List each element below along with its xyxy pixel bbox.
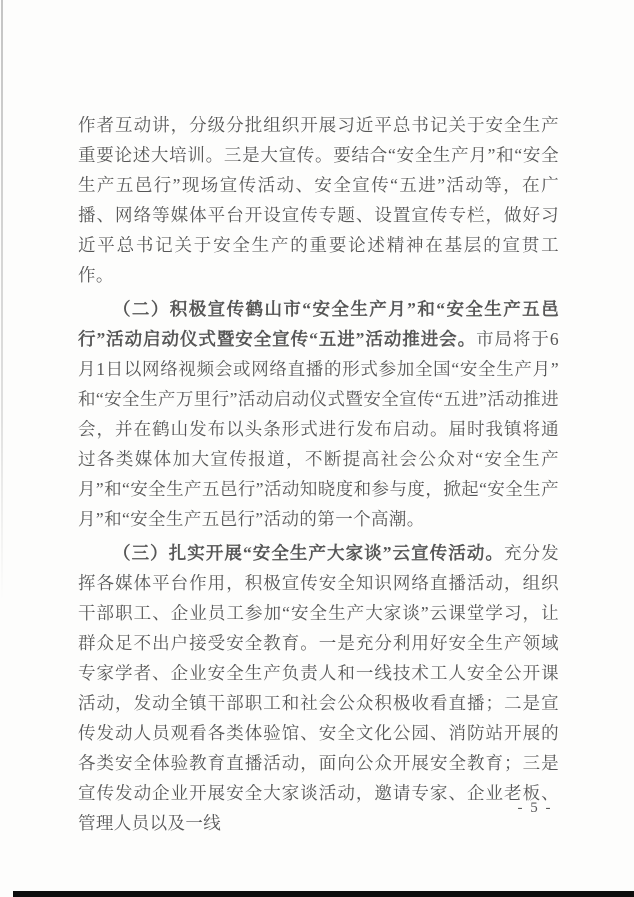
left-scan-artifact-line [1, 0, 3, 600]
paragraph-heading-text: （三）扎实开展“安全生产大家谈”云宣传活动。 [113, 543, 504, 563]
paragraph-body-text: 市局将于6月1日以网络视频会或网络直播的形式参加全国“安全生产月”和“安全生产万… [78, 329, 559, 529]
document-body: 作者互动讲，分级分批组织开展习近平总书记关于安全生产重要论述大培训。三是大宣传。… [78, 110, 559, 842]
paragraph: （三）扎实开展“安全生产大家谈”云宣传活动。充分发挥各媒体平台作用，积极宣传安全… [78, 538, 559, 838]
page-number: - 5 - [500, 800, 570, 817]
paragraph: 作者互动讲，分级分批组织开展习近平总书记关于安全生产重要论述大培训。三是大宣传。… [78, 110, 559, 290]
bottom-scan-bar [13, 891, 634, 897]
paragraph: （二）积极宣传鹤山市“安全生产月”和“安全生产五邑行”活动启动仪式暨安全宣传“五… [78, 294, 559, 534]
paragraph-body-text: 作者互动讲，分级分批组织开展习近平总书记关于安全生产重要论述大培训。三是大宣传。… [78, 115, 559, 285]
scanned-document-page: 作者互动讲，分级分批组织开展习近平总书记关于安全生产重要论述大培训。三是大宣传。… [0, 0, 634, 897]
paragraph-body-text: 充分发挥各媒体平台作用，积极宣传安全知识网络直播活动，组织干部职工、企业员工参加… [78, 543, 559, 833]
